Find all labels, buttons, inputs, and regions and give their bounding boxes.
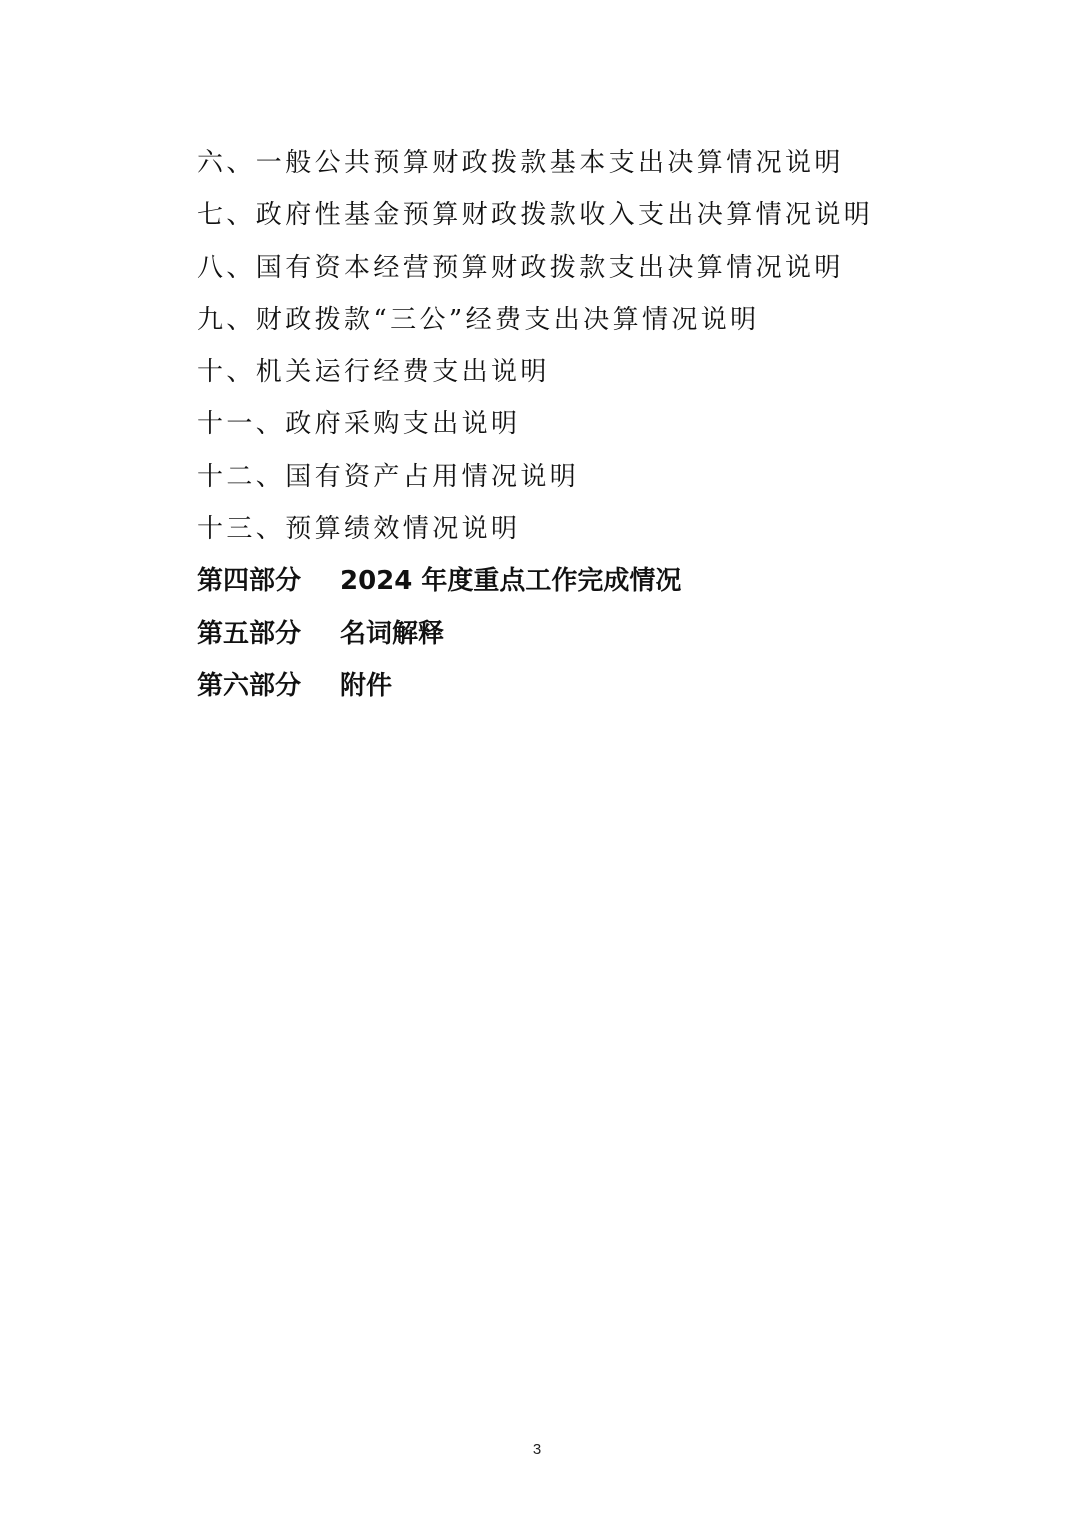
toc-item-section-9: 九、财政拨款“三公”经费支出决算情况说明 bbox=[197, 300, 873, 352]
part-title: 名词解释 bbox=[340, 619, 444, 649]
table-of-contents: 六、一般公共预算财政拨款基本支出决算情况说明 七、政府性基金预算财政拨款收入支出… bbox=[197, 143, 873, 718]
part-title: 附件 bbox=[340, 671, 392, 701]
toc-item-section-6: 六、一般公共预算财政拨款基本支出决算情况说明 bbox=[197, 143, 873, 195]
toc-item-section-12: 十二、国有资产占用情况说明 bbox=[197, 457, 873, 509]
part-number-label: 第六部分 bbox=[197, 666, 340, 706]
toc-item-section-13: 十三、预算绩效情况说明 bbox=[197, 509, 873, 561]
part-title: 2024 年度重点工作完成情况 bbox=[340, 566, 681, 596]
part-number-label: 第四部分 bbox=[197, 561, 340, 601]
page-number: 3 bbox=[0, 1441, 1074, 1458]
part-number-label: 第五部分 bbox=[197, 614, 340, 654]
toc-item-section-10: 十、机关运行经费支出说明 bbox=[197, 352, 873, 404]
document-page: 六、一般公共预算财政拨款基本支出决算情况说明 七、政府性基金预算财政拨款收入支出… bbox=[0, 0, 1074, 1520]
toc-part-6: 第六部分附件 bbox=[197, 666, 873, 718]
toc-item-section-7: 七、政府性基金预算财政拨款收入支出决算情况说明 bbox=[197, 195, 873, 247]
toc-item-section-11: 十一、政府采购支出说明 bbox=[197, 404, 873, 456]
toc-part-5: 第五部分名词解释 bbox=[197, 614, 873, 666]
toc-part-4: 第四部分2024 年度重点工作完成情况 bbox=[197, 561, 873, 613]
toc-item-section-8: 八、国有资本经营预算财政拨款支出决算情况说明 bbox=[197, 248, 873, 300]
